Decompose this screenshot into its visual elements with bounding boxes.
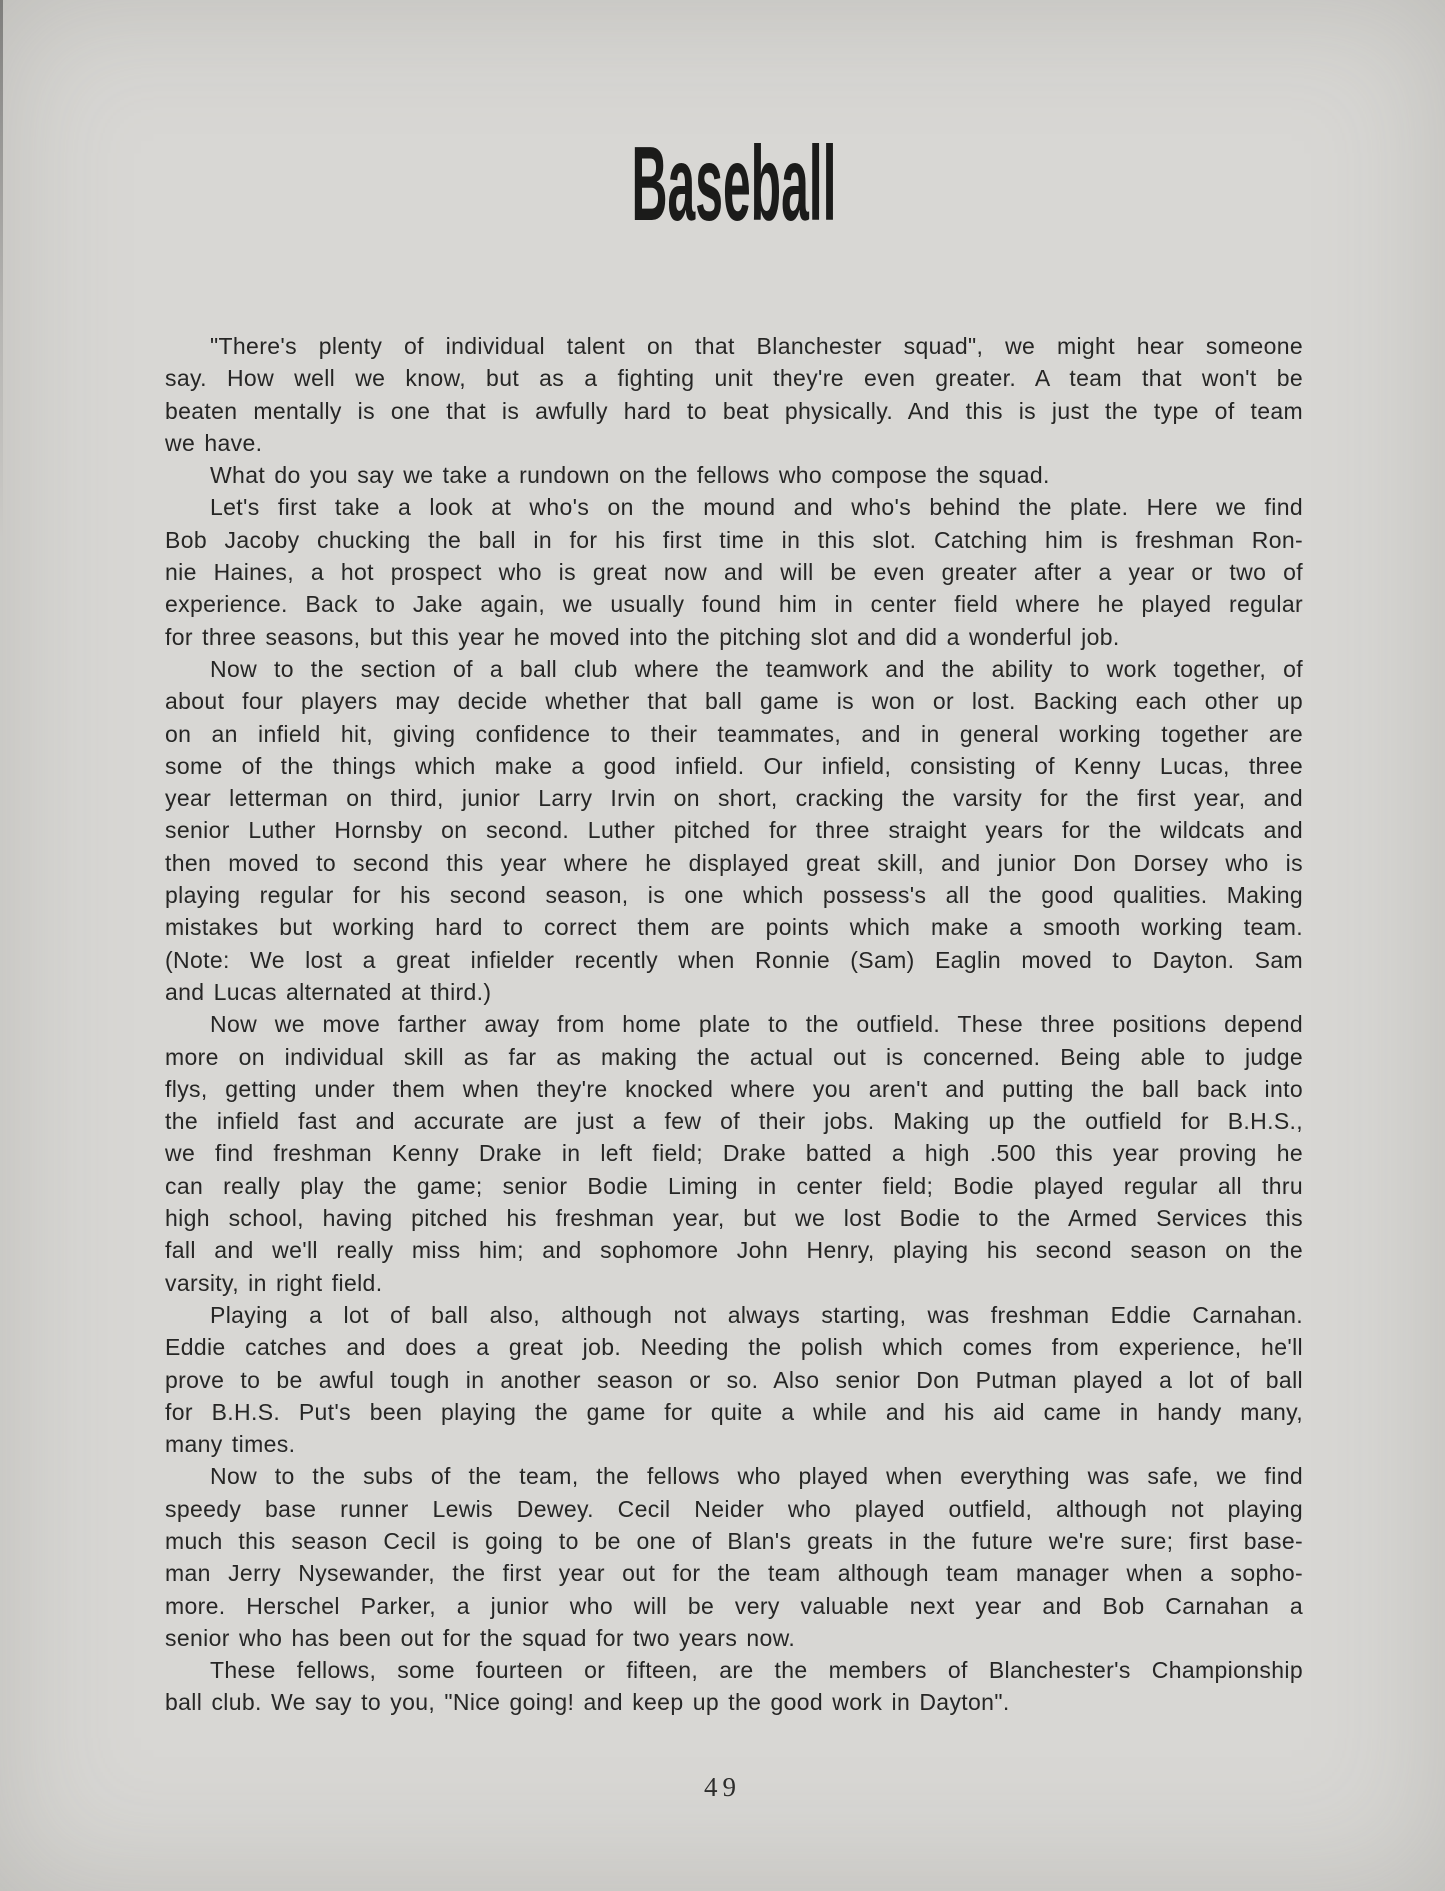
text-line: year letterman on third, junior Larry Ir… (165, 782, 1303, 814)
text-line: for three seasons, but this year he move… (165, 621, 1303, 653)
text-line: senior who has been out for the squad fo… (165, 1622, 1303, 1654)
text-line: Eddie catches and does a great job. Need… (165, 1331, 1303, 1363)
text-line: Bob Jacoby chucking the ball in for his … (165, 524, 1303, 556)
text-line: Playing a lot of ball also, although not… (165, 1299, 1303, 1331)
text-line: ball club. We say to you, "Nice going! a… (165, 1686, 1303, 1718)
text-line: Now to the section of a ball club where … (165, 653, 1303, 685)
text-line: then moved to second this year where he … (165, 847, 1303, 879)
text-line: prove to be awful tough in another seaso… (165, 1364, 1303, 1396)
text-line: beaten mentally is one that is awfully h… (165, 395, 1303, 427)
text-line: can really play the game; senior Bodie L… (165, 1170, 1303, 1202)
text-line: mistakes but working hard to correct the… (165, 911, 1303, 943)
text-line: Let's first take a look at who's on the … (165, 491, 1303, 523)
text-line: flys, getting under them when they're kn… (165, 1073, 1303, 1105)
text-line: much this season Cecil is going to be on… (165, 1525, 1303, 1557)
text-line: more on individual skill as far as makin… (165, 1041, 1303, 1073)
text-line: some of the things which make a good inf… (165, 750, 1303, 782)
paragraph: Playing a lot of ball also, although not… (165, 1299, 1303, 1460)
scan-edge-artifact (0, 0, 3, 540)
text-line: we find freshman Kenny Drake in left fie… (165, 1137, 1303, 1169)
paragraph: What do you say we take a rundown on the… (165, 459, 1303, 491)
text-line: senior Luther Hornsby on second. Luther … (165, 814, 1303, 846)
text-line: varsity, in right field. (165, 1267, 1303, 1299)
text-line: about four players may decide whether th… (165, 685, 1303, 717)
text-line: for B.H.S. Put's been playing the game f… (165, 1396, 1303, 1428)
text-line: high school, having pitched his freshman… (165, 1202, 1303, 1234)
text-line: What do you say we take a rundown on the… (165, 459, 1303, 491)
text-line: and Lucas alternated at third.) (165, 976, 1303, 1008)
text-line: more. Herschel Parker, a junior who will… (165, 1590, 1303, 1622)
text-line: Now to the subs of the team, the fellows… (165, 1460, 1303, 1492)
page-number: 49 (0, 1772, 1445, 1803)
page-title-text: Baseball (632, 131, 837, 237)
text-line: "There's plenty of individual talent on … (165, 330, 1303, 362)
paragraph: Now to the section of a ball club where … (165, 653, 1303, 1008)
paragraph: These fellows, some fourteen or fifteen,… (165, 1654, 1303, 1719)
paragraph: Let's first take a look at who's on the … (165, 491, 1303, 652)
text-line: speedy base runner Lewis Dewey. Cecil Ne… (165, 1493, 1303, 1525)
text-line: experience. Back to Jake again, we usual… (165, 588, 1303, 620)
yearbook-page: Baseball "There's plenty of individual t… (0, 0, 1445, 1891)
paragraph: Now we move farther away from home plate… (165, 1008, 1303, 1299)
text-line: fall and we'll really miss him; and soph… (165, 1234, 1303, 1266)
text-line: we have. (165, 427, 1303, 459)
text-line: many times. (165, 1428, 1303, 1460)
text-line: nie Haines, a hot prospect who is great … (165, 556, 1303, 588)
text-line: on an infield hit, giving confidence to … (165, 718, 1303, 750)
text-line: say. How well we know, but as a fighting… (165, 362, 1303, 394)
text-line: (Note: We lost a great infielder recentl… (165, 944, 1303, 976)
body-text: "There's plenty of individual talent on … (165, 330, 1303, 1719)
paragraph: "There's plenty of individual talent on … (165, 330, 1303, 459)
page-title: Baseball (165, 131, 1303, 237)
text-line: man Jerry Nysewander, the first year out… (165, 1557, 1303, 1589)
text-line: These fellows, some fourteen or fifteen,… (165, 1654, 1303, 1686)
paragraph: Now to the subs of the team, the fellows… (165, 1460, 1303, 1654)
text-line: Now we move farther away from home plate… (165, 1008, 1303, 1040)
text-line: playing regular for his second season, i… (165, 879, 1303, 911)
text-line: the infield fast and accurate are just a… (165, 1105, 1303, 1137)
